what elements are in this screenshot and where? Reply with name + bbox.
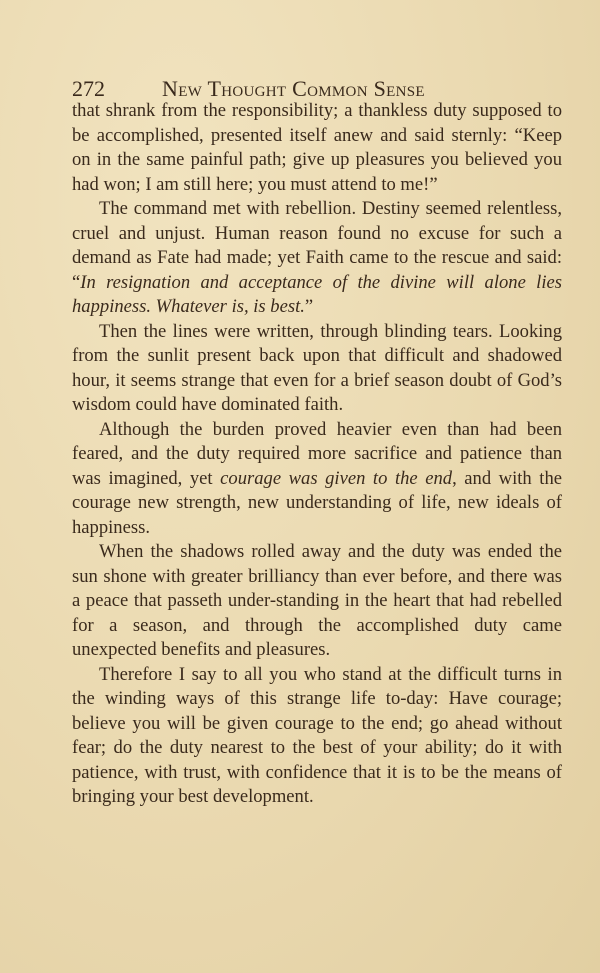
italic-phrase: courage was given to the end: [220, 468, 452, 489]
body-text: that shrank from the responsibility; a t…: [72, 99, 562, 810]
paragraph-4: Although the burden proved heavier even …: [72, 418, 562, 541]
paragraph-3: Then the lines were written, through bli…: [72, 320, 562, 418]
paragraph-6: Therefore I say to all you who stand at …: [72, 663, 562, 810]
text-run: When the shadows rolled away and the dut…: [72, 541, 562, 660]
italic-quote: In resignation and acceptance of the div…: [72, 272, 562, 318]
paragraph-2: The command met with rebellion. Destiny …: [72, 197, 562, 320]
paragraph-5: When the shadows rolled away and the dut…: [72, 540, 562, 663]
text-run: Then the lines were written, through bli…: [72, 321, 562, 416]
text-run: ”: [305, 296, 313, 317]
paragraph-1: that shrank from the responsibility; a t…: [72, 99, 562, 197]
text-run: Therefore I say to all you who stand at …: [72, 664, 562, 808]
text-run: that shrank from the responsibility; a t…: [72, 100, 562, 195]
